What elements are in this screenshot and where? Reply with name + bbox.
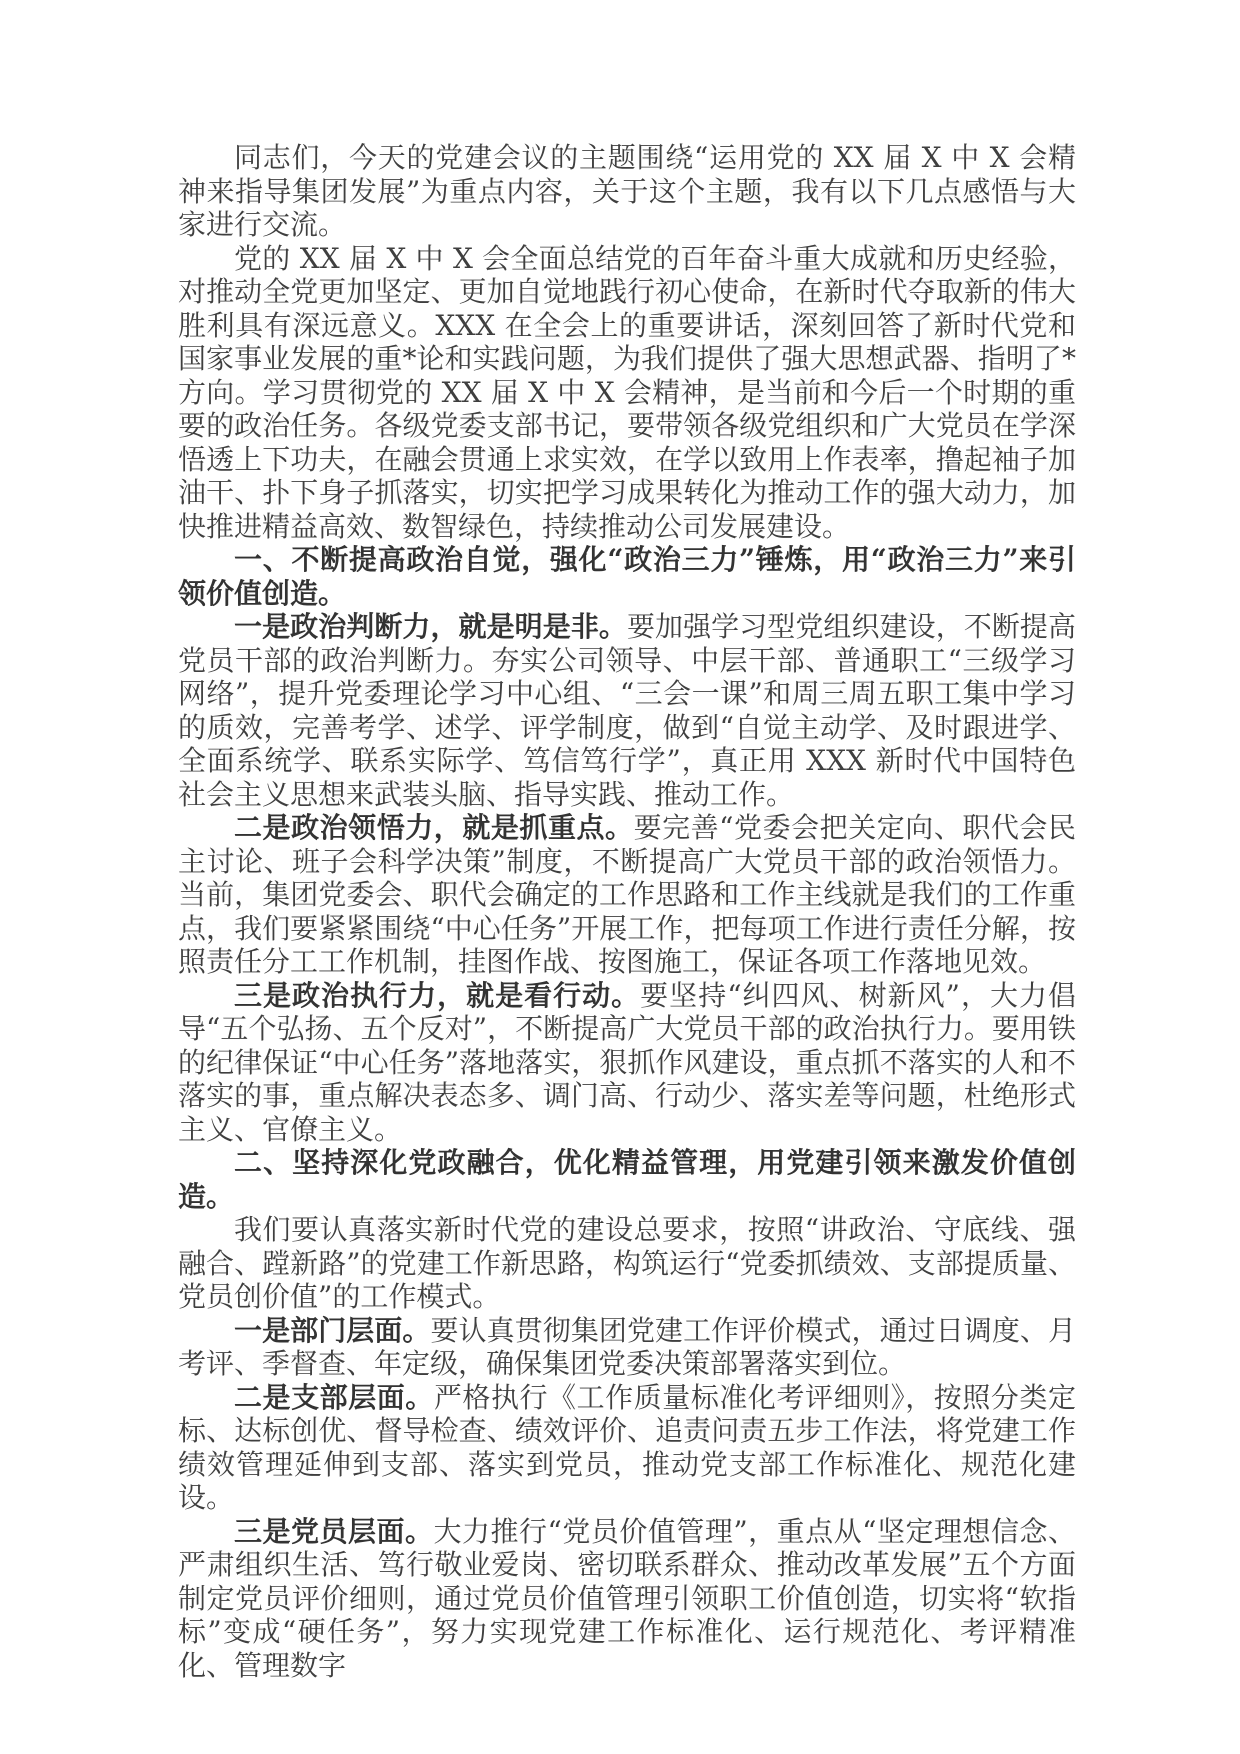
paragraph-branch-level: 二是支部层面。严格执行《工作质量标准化考评细则》，按照分类定标、达标创优、督导检… xyxy=(178,1381,1076,1515)
paragraph-political-comprehension: 二是政治领悟力，就是抓重点。要完善“党委会把关定向、职代会民主讨论、班子会科学决… xyxy=(178,811,1076,979)
document-body: 同志们，今天的党建会议的主题围绕“运用党的 XX 届 X 中 X 会精神来指导集… xyxy=(178,141,1076,1682)
paragraph-department-level: 一是部门层面。要认真贯彻集团党建工作评价模式，通过日调度、月考评、季督查、年定级… xyxy=(178,1314,1076,1381)
paragraph-lead: 二是支部层面。 xyxy=(234,1381,434,1414)
paragraph-lead: 一是部门层面。 xyxy=(234,1314,430,1347)
section-heading-2: 二、坚持深化党政融合，优化精益管理，用党建引领来激发价值创造。 xyxy=(178,1146,1076,1213)
paragraph-party-building-approach: 我们要认真落实新时代党的建设总要求，按照“讲政治、守底线、强融合、蹚新路”的党建… xyxy=(178,1213,1076,1314)
paragraph-text: 党的 XX 届 X 中 X 会全面总结党的百年奋斗重大成就和历史经验，对推动全党… xyxy=(178,242,1076,543)
heading-text: 一、不断提高政治自觉，强化“政治三力”锤炼，用“政治三力”来引领价值创造。 xyxy=(178,543,1076,610)
paragraph-lead: 三是政治执行力，就是看行动。 xyxy=(234,979,640,1012)
paragraph-political-execution: 三是政治执行力，就是看行动。要坚持“纠四风、树新风”，大力倡导“五个弘扬、五个反… xyxy=(178,979,1076,1147)
paragraph-lead: 一是政治判断力，就是明是非。 xyxy=(234,610,627,643)
document-page: 同志们，今天的党建会议的主题围绕“运用党的 XX 届 X 中 X 会精神来指导集… xyxy=(0,0,1240,1754)
paragraph-overview: 党的 XX 届 X 中 X 会全面总结党的百年奋斗重大成就和历史经验，对推动全党… xyxy=(178,242,1076,544)
paragraph-intro: 同志们，今天的党建会议的主题围绕“运用党的 XX 届 X 中 X 会精神来指导集… xyxy=(178,141,1076,242)
paragraph-text: 我们要认真落实新时代党的建设总要求，按照“讲政治、守底线、强融合、蹚新路”的党建… xyxy=(178,1213,1076,1313)
section-heading-1: 一、不断提高政治自觉，强化“政治三力”锤炼，用“政治三力”来引领价值创造。 xyxy=(178,543,1076,610)
heading-text: 二、坚持深化党政融合，优化精益管理，用党建引领来激发价值创造。 xyxy=(178,1146,1076,1213)
paragraph-text: 同志们，今天的党建会议的主题围绕“运用党的 XX 届 X 中 X 会精神来指导集… xyxy=(178,141,1076,241)
paragraph-lead: 三是党员层面。 xyxy=(234,1515,434,1548)
paragraph-political-judgment: 一是政治判断力，就是明是非。要加强学习型党组织建设，不断提高党员干部的政治判断力… xyxy=(178,610,1076,811)
paragraph-lead: 二是政治领悟力，就是抓重点。 xyxy=(234,811,634,844)
paragraph-member-level: 三是党员层面。大力推行“党员价值管理”，重点从“坚定理想信念、严肃组织生活、笃行… xyxy=(178,1515,1076,1683)
